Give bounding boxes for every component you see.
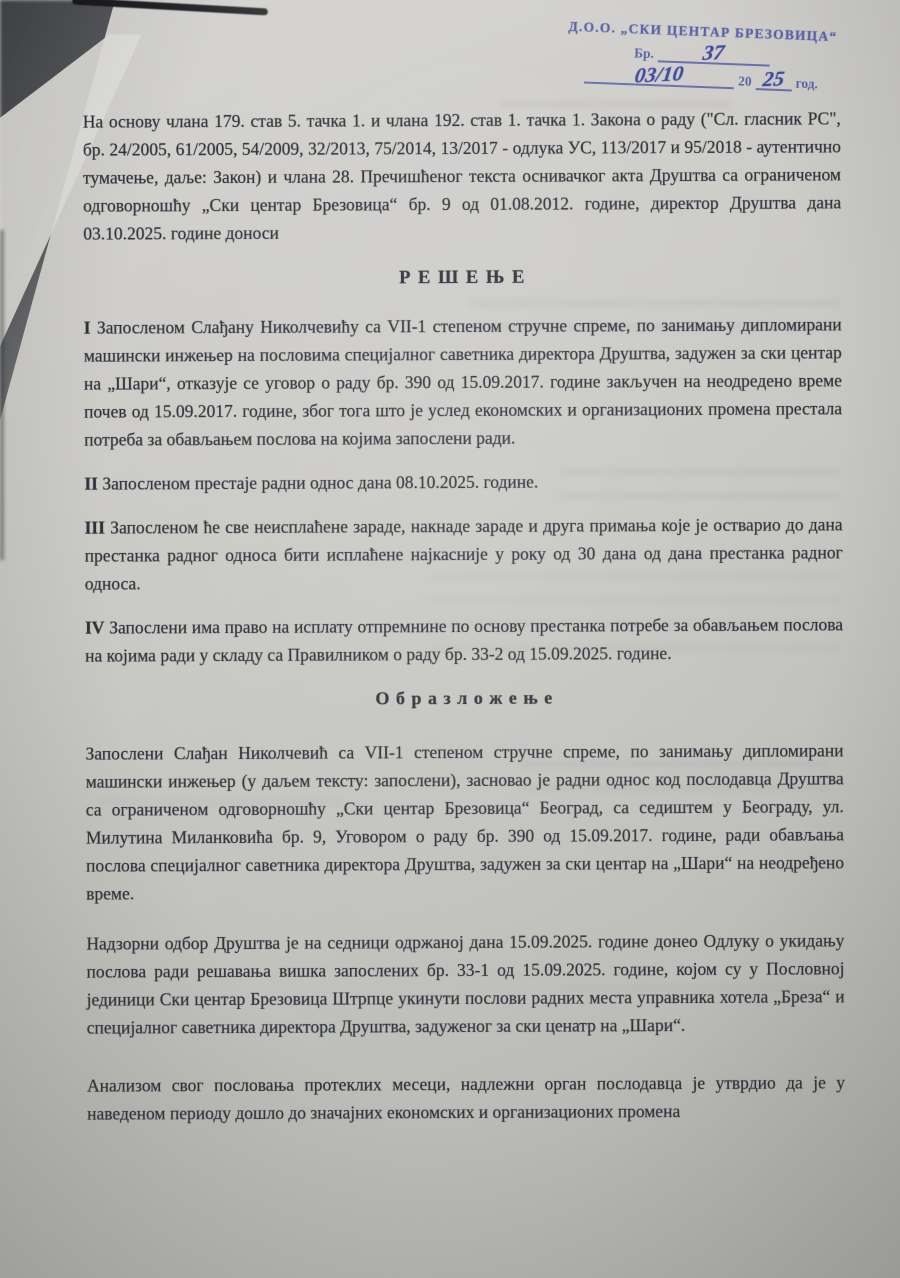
pen-mark — [72, 0, 268, 15]
section-number: IV — [85, 618, 105, 638]
left-edge-crease — [0, 230, 4, 560]
decision-section-3: III Запосленом ће све неисплаћене зараде… — [85, 510, 843, 597]
handwritten-date: 03/10 — [634, 64, 685, 85]
intro-paragraph: На основу члана 179. став 5. тачка 1. и … — [83, 104, 842, 247]
stamp-year-line: 25 — [755, 69, 792, 91]
decision-section-2: II Запосленом престаје радни однос дана … — [84, 466, 842, 497]
decision-section-4: IV Запослени има право на исплату отпрем… — [85, 610, 843, 669]
handwritten-year: 25 — [762, 69, 786, 89]
section-text: Запосленом ће све неисплаћене зараде, на… — [85, 514, 843, 593]
stamp-year-prefix: 20 — [738, 73, 752, 90]
rationale-title: О б р а з л о ж е њ е — [85, 682, 843, 713]
scanned-document-page: Д.О.О. „СКИ ЦЕНТАР БРЕЗОВИЦА“ Бр. 37 03/… — [0, 0, 900, 1278]
decision-title: Р Е Ш Е Њ Е — [83, 262, 841, 293]
stamp-number-label: Бр. — [634, 45, 654, 62]
section-number: I — [84, 318, 91, 338]
rationale-paragraph-1: Запослени Слађан Николчевић са VII-1 сте… — [85, 736, 844, 907]
decision-section-1: I Запосленом Слађану Николчевићу са VII-… — [84, 310, 843, 453]
stamp-year-suffix: год. — [795, 75, 818, 92]
section-text: Запосленом Слађану Николчевићу са VII-1 … — [84, 314, 842, 449]
section-text: Запосленом престаје радни однос дана 08.… — [102, 472, 538, 494]
handwritten-number: 37 — [702, 43, 726, 63]
document-body: На основу члана 179. став 5. тачка 1. и … — [83, 104, 846, 1145]
stamp-date-line: 03/10 — [584, 62, 735, 89]
section-number: III — [85, 518, 106, 538]
rationale-paragraph-3: Анализом свог пословања протеклих месеци… — [87, 1068, 845, 1127]
section-number: II — [84, 474, 98, 494]
company-registry-stamp: Д.О.О. „СКИ ЦЕНТАР БРЕЗОВИЦА“ Бр. 37 03/… — [551, 18, 853, 93]
section-text: Запослени има право на исплату отпремнин… — [85, 614, 843, 665]
rationale-paragraph-2: Надзорни одбор Друштва је на седници одр… — [86, 926, 844, 1041]
